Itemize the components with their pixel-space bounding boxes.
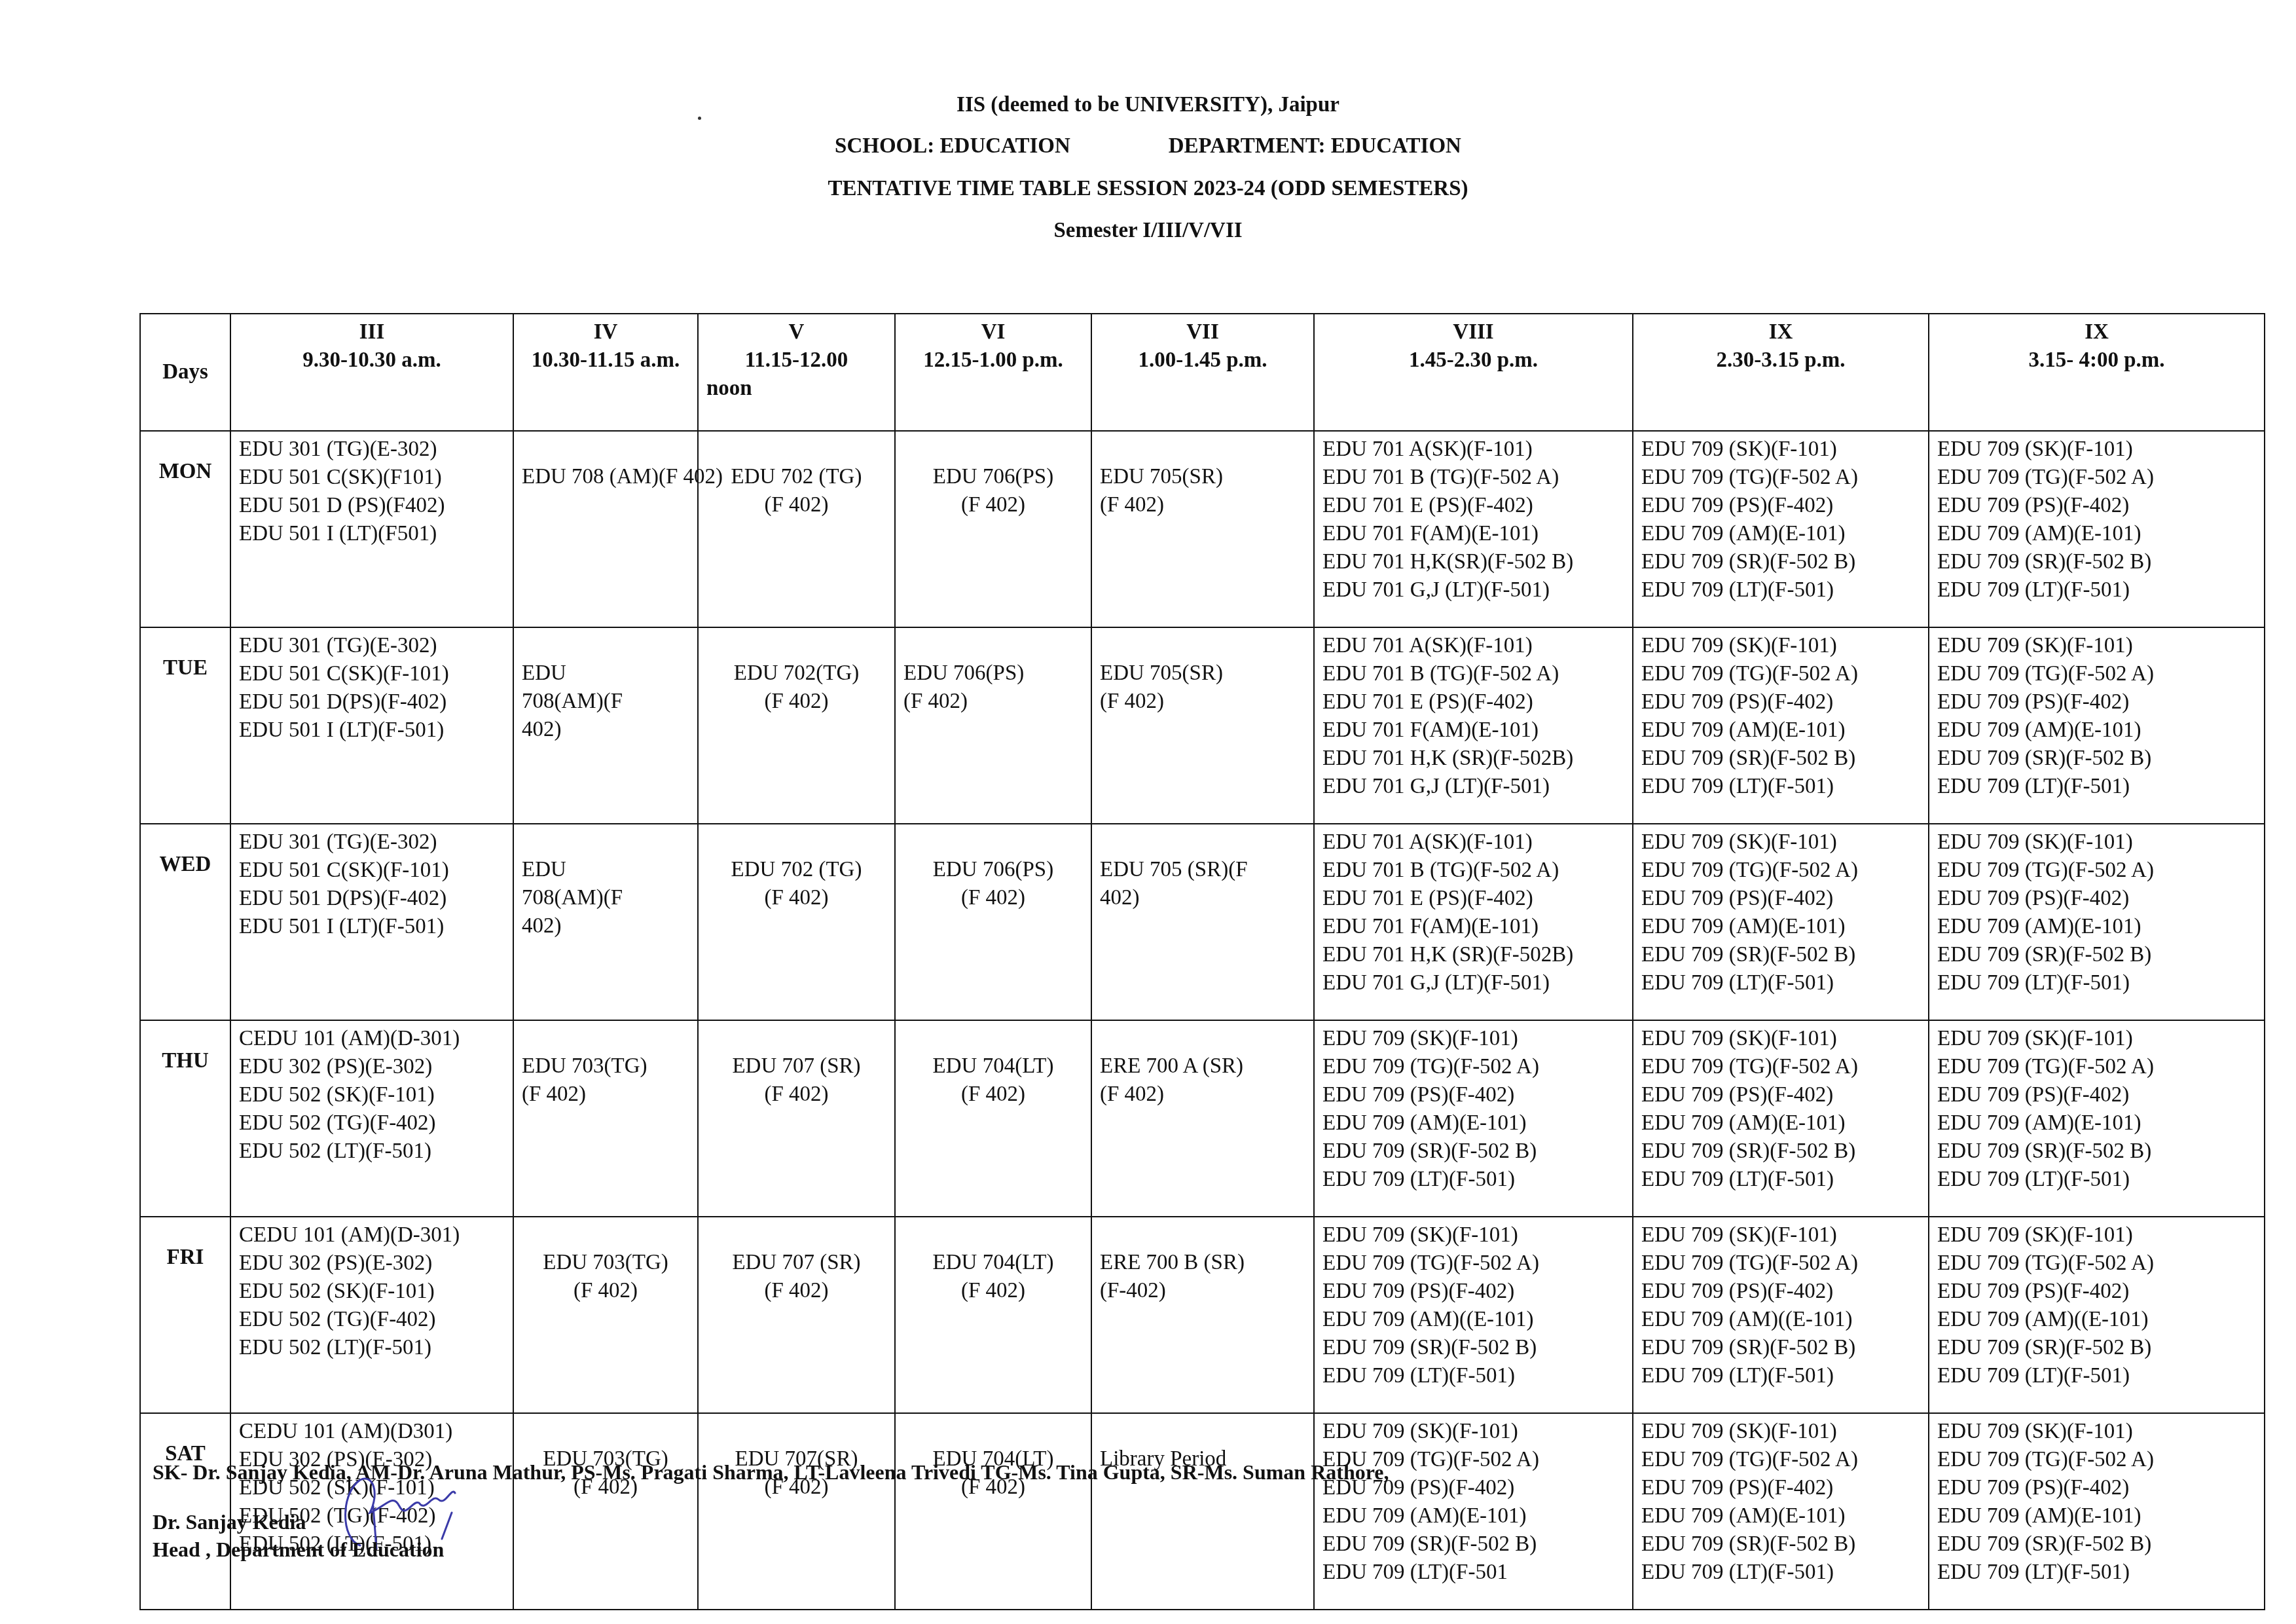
class-entry: EDU 501 I (LT)(F-501) [239,913,505,941]
class-entry: EDU 702(TG) [706,659,886,688]
schedule-cell: EDU 705(SR)(F 402) [1091,627,1314,824]
period-header: IX2.30-3.15 p.m. [1633,314,1929,431]
class-entry: EDU 701 H,K (SR)(F-502B) [1322,941,1624,969]
class-entry: 402) [522,716,689,744]
class-entry: EDU 709 (PS)(F-402) [1937,885,2256,913]
class-entry: EDU 709 (TG)(F-502 A) [1641,857,1920,885]
period-header: VIII1.45-2.30 p.m. [1314,314,1633,431]
class-entry: (F 402) [706,1080,886,1109]
class-entry: EDU 709 (SR)(F-502 B) [1641,1334,1920,1362]
schedule-cell: EDU 705(SR)(F 402) [1091,431,1314,627]
class-entry: EDU 709 (SK)(F-101) [1641,1025,1920,1053]
class-entry: EDU 709 (TG)(F-502 A) [1641,464,1920,492]
class-entry: EDU 709 (LT)(F-501) [1937,1166,2256,1194]
class-entry: (F 402) [706,688,886,716]
class-entry: EDU 701 G,J (LT)(F-501) [1322,969,1624,997]
class-entry: EDU 709 (SK)(F-101) [1641,1418,1920,1446]
class-entry: EDU 701 F(AM)(E-101) [1322,913,1624,941]
class-entry: EDU 701 G,J (LT)(F-501) [1322,773,1624,801]
schedule-cell: EDU 709 (SK)(F-101)EDU 709 (TG)(F-502 A)… [1633,824,1929,1020]
schedule-cell: EDU 701 A(SK)(F-101)EDU 701 B (TG)(F-502… [1314,824,1633,1020]
period-header: III9.30-10.30 a.m. [230,314,513,431]
class-entry: EDU 709 (PS)(F-402) [1937,492,2256,520]
schedule-cell: EDU 709 (SK)(F-101)EDU 709 (TG)(F-502 A)… [1314,1413,1633,1610]
class-entry: EDU 301 (TG)(E-302) [239,632,505,660]
class-entry: (F 402) [903,884,1083,912]
header-row: Days III9.30-10.30 a.m. IV10.30-11.15 a.… [140,314,2265,431]
class-entry: EDU 709 (SK)(F-101) [1641,828,1920,857]
class-entry: EDU 709 (SR)(F-502 B) [1641,745,1920,773]
class-entry: EDU 709 (LT)(F-501) [1937,1362,2256,1390]
class-entry: EDU 709 (TG)(F-502 A) [1641,1446,1920,1474]
class-entry: EDU 709 (PS)(F-402) [1641,1278,1920,1306]
class-entry: EDU 705 (SR)(F [1100,856,1305,884]
class-entry: (F-402) [1100,1277,1305,1305]
class-entry: EDU 501 C(SK)(F-101) [239,857,505,885]
class-entry: EDU 709 (PS)(F-402) [1641,885,1920,913]
class-entry: EDU 502 (LT)(F-501) [239,1137,505,1166]
class-entry: EDU 709 (AM)(E-101) [1937,1502,2256,1530]
table-row-thu: THUCEDU 101 (AM)(D-301)EDU 302 (PS)(E-30… [140,1020,2265,1217]
class-entry: EDU 703(TG) [522,1052,689,1080]
schedule-cell: EDU 703(TG)(F 402) [513,1020,698,1217]
class-entry: EDU 709 (AM)(E-101) [1641,1109,1920,1137]
schedule-cell: EDU 705 (SR)(F402) [1091,824,1314,1020]
class-entry: 708(AM)(F [522,688,689,716]
class-entry: EDU 709 (AM)((E-101) [1322,1306,1624,1334]
table-row-wed: WEDEDU 301 (TG)(E-302)EDU 501 C(SK)(F-10… [140,824,2265,1020]
schedule-cell: EDU 709 (SK)(F-101)EDU 709 (TG)(F-502 A)… [1633,1020,1929,1217]
class-entry: EDU 709 (AM)(E-101) [1641,520,1920,548]
class-entry: EDU 709 (AM)(E-101) [1641,716,1920,745]
signatory-role: Head , Department of Education [153,1538,444,1562]
class-entry: EDU 701 E (PS)(F-402) [1322,492,1624,520]
class-entry: (F 402) [706,1277,886,1305]
class-entry: EDU 701 E (PS)(F-402) [1322,688,1624,716]
class-entry: EDU 708 (AM)(F 402) [522,463,689,491]
signatory-name: Dr. Sanjay Kedia [153,1510,306,1534]
class-entry: EDU 709 (PS)(F-402) [1641,492,1920,520]
class-entry: EDU 709 (AM)(E-101) [1937,520,2256,548]
class-entry: EDU 709 (SK)(F-101) [1937,1025,2256,1053]
class-entry: EDU 501 C(SK)(F-101) [239,660,505,688]
class-entry: EDU 709 (TG)(F-502 A) [1937,660,2256,688]
class-entry: EDU 502 (TG)(F-402) [239,1109,505,1137]
class-entry: (F 402) [903,1277,1083,1305]
class-entry: EDU 709 (SR)(F-502 B) [1937,941,2256,969]
class-entry: EDU 709 (SR)(F-502 B) [1641,548,1920,576]
class-entry: EDU 706(PS) [903,659,1083,688]
class-entry: EDU 709 (SK)(F-101) [1641,1221,1920,1249]
table-row-tue: TUEEDU 301 (TG)(E-302)EDU 501 C(SK)(F-10… [140,627,2265,824]
class-entry: (F 402) [706,884,886,912]
class-entry: 402) [1100,884,1305,912]
class-entry: EDU 709 (AM)(E-101) [1322,1109,1624,1137]
class-entry: (F 402) [706,491,886,519]
class-entry: (F 402) [522,1277,689,1305]
schedule-cell: EDU 709 (SK)(F-101)EDU 709 (TG)(F-502 A)… [1929,431,2265,627]
class-entry: EDU 501 D(PS)(F-402) [239,688,505,716]
class-entry: EDU 709 (AM)(E-101) [1641,913,1920,941]
class-entry: EDU 709 (SK)(F-101) [1322,1418,1624,1446]
class-entry: EDU 709 (SK)(F-101) [1937,632,2256,660]
class-entry: EDU 701 F(AM)(E-101) [1322,520,1624,548]
class-entry: EDU 709 (LT)(F-501) [1322,1362,1624,1390]
document-title: TENTATIVE TIME TABLE SESSION 2023-24 (OD… [0,177,2296,201]
schedule-cell: EDU 704(LT)(F 402) [895,1413,1091,1610]
class-entry: (F 402) [522,1080,689,1109]
timetable: Days III9.30-10.30 a.m. IV10.30-11.15 a.… [139,313,2265,1610]
class-entry: EDU 704(LT) [903,1249,1083,1277]
class-entry: EDU 501 I (LT)(F501) [239,520,505,548]
class-entry: CEDU 101 (AM)(D-301) [239,1221,505,1249]
class-entry: EDU 709 (AM)(E-101) [1937,716,2256,745]
schedule-cell: EDU 707 (SR)(F 402) [698,1217,895,1413]
class-entry: EDU 701 G,J (LT)(F-501) [1322,576,1624,604]
class-entry: EDU 701 A(SK)(F-101) [1322,828,1624,857]
class-entry: EDU 709 (SR)(F-502 B) [1641,1137,1920,1166]
class-entry: EDU 501 I (LT)(F-501) [239,716,505,745]
class-entry: EDU 709 (AM)(E-101) [1641,1502,1920,1530]
class-entry: EDU 709 (SR)(F-502 B) [1322,1530,1624,1559]
class-entry: (F 402) [1100,1080,1305,1109]
class-entry: EDU 709 (SR)(F-502 B) [1641,941,1920,969]
schedule-cell: EDU 702(TG)(F 402) [698,627,895,824]
class-entry: EDU 705(SR) [1100,463,1305,491]
schedule-cell: EDU 704(LT)(F 402) [895,1217,1091,1413]
class-entry: EDU 709 (TG)(F-502 A) [1937,1053,2256,1081]
class-entry: EDU 709 (SK)(F-101) [1641,435,1920,464]
schedule-cell: Library Period [1091,1413,1314,1610]
schedule-cell: EDU 709 (SK)(F-101)EDU 709 (TG)(F-502 A)… [1929,627,2265,824]
class-entry: EDU 701 E (PS)(F-402) [1322,885,1624,913]
class-entry: CEDU 101 (AM)(D-301) [239,1025,505,1053]
class-entry: EDU 709 (LT)(F-501) [1641,1362,1920,1390]
class-entry: (F 402) [1100,688,1305,716]
class-entry: EDU 502 (LT)(F-501) [239,1334,505,1362]
schedule-cell: EDU 704(LT)(F 402) [895,1020,1091,1217]
class-entry: EDU [522,659,689,688]
schedule-cell: EDU 701 A(SK)(F-101)EDU 701 B (TG)(F-502… [1314,627,1633,824]
schedule-cell: EDU 703(TG)(F 402) [513,1413,698,1610]
class-entry: EDU 302 (PS)(E-302) [239,1053,505,1081]
class-entry: (F 402) [1100,491,1305,519]
class-entry: EDU 709 (LT)(F-501) [1641,969,1920,997]
class-entry: EDU 709 (SR)(F-502 B) [1937,1530,2256,1559]
class-entry: EDU 709 (PS)(F-402) [1322,1081,1624,1109]
schedule-cell: ERE 700 B (SR)(F-402) [1091,1217,1314,1413]
class-entry: EDU 709 (LT)(F-501 [1322,1559,1624,1587]
class-entry: 402) [522,912,689,940]
class-entry: EDU 702 (TG) [706,463,886,491]
class-entry: EDU 709 (PS)(F-402) [1641,1474,1920,1502]
class-entry: EDU 709 (TG)(F-502 A) [1937,857,2256,885]
class-entry: EDU 701 B (TG)(F-502 A) [1322,857,1624,885]
class-entry: EDU 709 (LT)(F-501) [1937,969,2256,997]
class-entry: EDU 301 (TG)(E-302) [239,828,505,857]
period-header: VII1.00-1.45 p.m. [1091,314,1314,431]
class-entry: EDU 709 (SK)(F-101) [1937,435,2256,464]
class-entry: EDU 701 A(SK)(F-101) [1322,632,1624,660]
day-label: FRI [140,1217,230,1413]
class-entry: EDU 705(SR) [1100,659,1305,688]
schedule-cell: EDU 706(PS)(F 402) [895,431,1091,627]
semester-label: Semester I/III/V/VII [0,219,2296,243]
class-entry: EDU 709 (PS)(F-402) [1641,688,1920,716]
schedule-cell: EDU 301 (TG)(E-302)EDU 501 C(SK)(F-101)E… [230,627,513,824]
class-entry: EDU 502 (TG)(F-402) [239,1306,505,1334]
class-entry: EDU 709 (AM)((E-101) [1937,1306,2256,1334]
class-entry: ERE 700 A (SR) [1100,1052,1305,1080]
class-entry: EDU 709 (SK)(F-101) [1322,1221,1624,1249]
day-label: WED [140,824,230,1020]
class-entry: EDU 709 (SR)(F-502 B) [1937,1334,2256,1362]
period-header: IX3.15- 4:00 p.m. [1929,314,2265,431]
school-department-line: SCHOOL: EDUCATIONDEPARTMENT: EDUCATION [0,134,2296,158]
schedule-cell: EDU 706(PS)(F 402) [895,824,1091,1020]
schedule-cell: EDU708(AM)(F402) [513,627,698,824]
class-entry: EDU 502 (SK)(F-101) [239,1278,505,1306]
class-entry: EDU 709 (SR)(F-502 B) [1322,1334,1624,1362]
class-entry: EDU 709 (TG)(F-502 A) [1322,1249,1624,1278]
class-entry: EDU 709 (SK)(F-101) [1641,632,1920,660]
schedule-cell: EDU708(AM)(F402) [513,824,698,1020]
class-entry: EDU 709 (LT)(F-501) [1641,1559,1920,1587]
class-entry: EDU 709 (TG)(F-502 A) [1641,1249,1920,1278]
class-entry: EDU 709 (PS)(F-402) [1322,1278,1624,1306]
schedule-cell: EDU 709 (SK)(F-101)EDU 709 (TG)(F-502 A)… [1929,1217,2265,1413]
table-row-fri: FRICEDU 101 (AM)(D-301)EDU 302 (PS)(E-30… [140,1217,2265,1413]
school-label: SCHOOL: EDUCATION [835,134,1070,158]
class-entry: EDU 701 H,K (SR)(F-502B) [1322,745,1624,773]
schedule-cell: CEDU 101 (AM)(D-301)EDU 302 (PS)(E-302)E… [230,1217,513,1413]
class-entry: EDU 707 (SR) [706,1249,886,1277]
class-entry: EDU 709 (TG)(F-502 A) [1641,1053,1920,1081]
schedule-cell: EDU 709 (SK)(F-101)EDU 709 (TG)(F-502 A)… [1633,1217,1929,1413]
class-entry: EDU [522,856,689,884]
class-entry: EDU 301 (TG)(E-302) [239,435,505,464]
schedule-cell: EDU 709 (SK)(F-101)EDU 709 (TG)(F-502 A)… [1314,1217,1633,1413]
schedule-cell: EDU 701 A(SK)(F-101)EDU 701 B (TG)(F-502… [1314,431,1633,627]
schedule-cell: EDU 709 (SK)(F-101)EDU 709 (TG)(F-502 A)… [1633,627,1929,824]
class-entry: EDU 706(PS) [903,856,1083,884]
class-entry: EDU 709 (LT)(F-501) [1937,576,2256,604]
class-entry: EDU 302 (PS)(E-302) [239,1249,505,1278]
day-label: MON [140,431,230,627]
class-entry: EDU 709 (SK)(F-101) [1937,1418,2256,1446]
class-entry: EDU 709 (SK)(F-101) [1937,828,2256,857]
class-entry: EDU 709 (PS)(F-402) [1937,1474,2256,1502]
schedule-cell: EDU 703(TG)(F 402) [513,1217,698,1413]
class-entry: EDU 709 (LT)(F-501) [1322,1166,1624,1194]
class-entry: EDU 502 (SK)(F-101) [239,1081,505,1109]
schedule-cell: EDU 706(PS)(F 402) [895,627,1091,824]
class-entry: EDU 702 (TG) [706,856,886,884]
class-entry: CEDU 101 (AM)(D301) [239,1418,505,1446]
class-entry: EDU 701 A(SK)(F-101) [1322,435,1624,464]
class-entry: EDU 709 (SK)(F-101) [1322,1025,1624,1053]
schedule-cell: CEDU 101 (AM)(D-301)EDU 302 (PS)(E-302)E… [230,1020,513,1217]
class-entry: (F 402) [903,1080,1083,1109]
university-name: IIS (deemed to be UNIVERSITY), Jaipur [0,93,2296,117]
class-entry: EDU 501 C(SK)(F101) [239,464,505,492]
schedule-cell: EDU 707(SR)(F 402) [698,1413,895,1610]
period-header: V11.15-12.00noon [698,314,895,431]
class-entry: EDU 709 (TG)(F-502 A) [1641,660,1920,688]
day-label: TUE [140,627,230,824]
table-row-mon: MONEDU 301 (TG)(E-302)EDU 501 C(SK)(F101… [140,431,2265,627]
schedule-cell: EDU 702 (TG)(F 402) [698,824,895,1020]
schedule-cell: EDU 709 (SK)(F-101)EDU 709 (TG)(F-502 A)… [1314,1020,1633,1217]
class-entry: EDU 706(PS) [903,463,1083,491]
schedule-cell: EDU 708 (AM)(F 402) [513,431,698,627]
class-entry: EDU 709 (AM)((E-101) [1641,1306,1920,1334]
class-entry: EDU 704(LT) [903,1052,1083,1080]
class-entry: EDU 709 (PS)(F-402) [1937,1081,2256,1109]
class-entry: EDU 709 (SK)(F-101) [1937,1221,2256,1249]
class-entry: EDU 709 (LT)(F-501) [1641,1166,1920,1194]
class-entry: EDU 701 F(AM)(E-101) [1322,716,1624,745]
class-entry: EDU 703(TG) [522,1249,689,1277]
class-entry: EDU 501 D (PS)(F402) [239,492,505,520]
class-entry: 708(AM)(F [522,884,689,912]
day-label: THU [140,1020,230,1217]
class-entry: EDU 709 (AM)(E-101) [1937,913,2256,941]
days-header: Days [140,314,230,431]
class-entry: EDU 709 (SR)(F-502 B) [1322,1137,1624,1166]
class-entry: EDU 709 (LT)(F-501) [1937,773,2256,801]
schedule-cell: EDU 709 (SK)(F-101)EDU 709 (TG)(F-502 A)… [1633,431,1929,627]
class-entry: EDU 709 (TG)(F-502 A) [1937,464,2256,492]
class-entry: EDU 709 (TG)(F-502 A) [1937,1249,2256,1278]
class-entry: EDU 709 (SR)(F-502 B) [1937,1137,2256,1166]
period-header: IV10.30-11.15 a.m. [513,314,698,431]
schedule-cell: EDU 709 (SK)(F-101)EDU 709 (TG)(F-502 A)… [1929,1413,2265,1610]
class-entry: EDU 709 (AM)(E-101) [1322,1502,1624,1530]
schedule-cell: EDU 709 (SK)(F-101)EDU 709 (TG)(F-502 A)… [1929,824,2265,1020]
class-entry: EDU 707 (SR) [706,1052,886,1080]
class-entry: EDU 709 (AM)(E-101) [1937,1109,2256,1137]
class-entry: EDU 709 (PS)(F-402) [1937,1278,2256,1306]
class-entry: EDU 701 B (TG)(F-502 A) [1322,464,1624,492]
schedule-cell: EDU 707 (SR)(F 402) [698,1020,895,1217]
class-entry: ERE 700 B (SR) [1100,1249,1305,1277]
class-entry: EDU 709 (SR)(F-502 B) [1937,745,2256,773]
class-entry: EDU 709 (LT)(F-501) [1641,773,1920,801]
schedule-cell: ERE 700 A (SR)(F 402) [1091,1020,1314,1217]
schedule-cell: EDU 709 (SK)(F-101)EDU 709 (TG)(F-502 A)… [1633,1413,1929,1610]
class-entry: EDU 709 (PS)(F-402) [1641,1081,1920,1109]
class-entry: EDU 701 B (TG)(F-502 A) [1322,660,1624,688]
schedule-cell: EDU 301 (TG)(E-302)EDU 501 C(SK)(F101)ED… [230,431,513,627]
class-entry: EDU 701 H,K(SR)(F-502 B) [1322,548,1624,576]
schedule-cell: EDU 709 (SK)(F-101)EDU 709 (TG)(F-502 A)… [1929,1020,2265,1217]
class-entry: EDU 709 (LT)(F-501) [1937,1559,2256,1587]
schedule-cell: EDU 301 (TG)(E-302)EDU 501 C(SK)(F-101)E… [230,824,513,1020]
class-entry: EDU 709 (SR)(F-502 B) [1641,1530,1920,1559]
class-entry: (F 402) [903,688,1083,716]
class-entry: EDU 709 (PS)(F-402) [1937,688,2256,716]
class-entry: EDU 709 (TG)(F-502 A) [1937,1446,2256,1474]
class-entry: (F 402) [903,491,1083,519]
department-label: DEPARTMENT: EDUCATION [1169,134,1461,158]
class-entry: EDU 709 (SR)(F-502 B) [1937,548,2256,576]
schedule-cell: EDU 702 (TG)(F 402) [698,431,895,627]
class-entry: EDU 501 D(PS)(F-402) [239,885,505,913]
period-header: VI12.15-1.00 p.m. [895,314,1091,431]
class-entry: EDU 709 (TG)(F-502 A) [1322,1053,1624,1081]
class-entry: EDU 709 (LT)(F-501) [1641,576,1920,604]
